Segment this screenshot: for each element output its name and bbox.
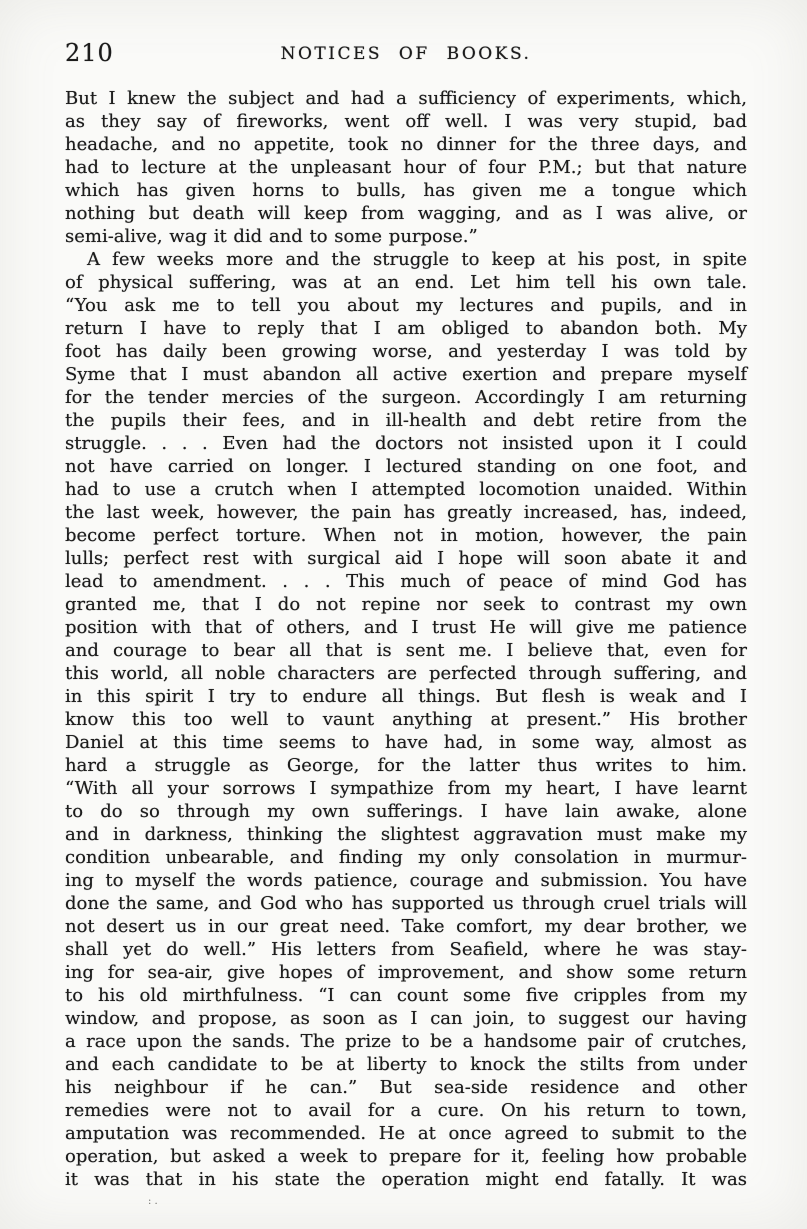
text-line: headache, and no appetite, took no dinne… [65, 133, 747, 156]
body-text: But I knew the subject and had a suffici… [65, 87, 747, 1191]
text-line: position with that of others, and I trus… [65, 616, 747, 639]
text-line: granted me, that I do not repine nor see… [65, 593, 747, 616]
text-line: in this spirit I try to endure all thing… [65, 685, 747, 708]
text-line: know this too well to vaunt anything at … [65, 708, 747, 731]
text-line: of physical suffering, was at an end. Le… [65, 271, 747, 294]
text-line: ing to myself the words patience, courag… [65, 869, 747, 892]
text-line: “You ask me to tell you about my lecture… [65, 294, 747, 317]
text-line: for the tender mercies of the surgeon. A… [65, 386, 747, 409]
text-line: done the same, and God who has supported… [65, 892, 747, 915]
text-line: his neighbour if he can.” But sea-side r… [65, 1076, 747, 1099]
text-line: Daniel at this time seems to have had, i… [65, 731, 747, 754]
text-line: struggle. . . . Even had the doctors not… [65, 432, 747, 455]
text-line: had to use a crutch when I attempted loc… [65, 478, 747, 501]
page-header: 210 NOTICES OF BOOKS. [65, 40, 747, 70]
text-line: as they say of fireworks, went off well.… [65, 110, 747, 133]
text-line: semi-alive, wag it did and to some purpo… [65, 225, 747, 248]
text-line: the pupils their fees, and in ill-health… [65, 409, 747, 432]
text-line: condition unbearable, and finding my onl… [65, 846, 747, 869]
text-line: not desert us in our great need. Take co… [65, 915, 747, 938]
text-line: and each candidate to be at liberty to k… [65, 1053, 747, 1076]
running-header-title: NOTICES OF BOOKS. [65, 43, 747, 65]
text-line: lulls; perfect rest with surgical aid I … [65, 547, 747, 570]
text-line: had to lecture at the unpleasant hour of… [65, 156, 747, 179]
text-line: “With all your sorrows I sympathize from… [65, 777, 747, 800]
text-line: a race upon the sands. The prize to be a… [65, 1030, 747, 1053]
text-line: which has given horns to bulls, has give… [65, 179, 747, 202]
book-page: 210 NOTICES OF BOOKS. But I knew the sub… [0, 0, 807, 1229]
text-line: it was that in his state the operation m… [65, 1168, 747, 1191]
text-line: return I have to reply that I am obliged… [65, 317, 747, 340]
text-line: amputation was recommended. He at once a… [65, 1122, 747, 1145]
text-line: foot has daily been growing worse, and y… [65, 340, 747, 363]
text-line: A few weeks more and the struggle to kee… [65, 248, 747, 271]
text-line: ing for sea-air, give hopes of improveme… [65, 961, 747, 984]
scan-speck: : . [148, 1196, 158, 1207]
text-line: window, and propose, as soon as I can jo… [65, 1007, 747, 1030]
text-line: become perfect torture. When not in moti… [65, 524, 747, 547]
text-line: to his old mirthfulness. “I can count so… [65, 984, 747, 1007]
text-line: to do so through my own sufferings. I ha… [65, 800, 747, 823]
text-line: Syme that I must abandon all active exer… [65, 363, 747, 386]
text-line: lead to amendment. . . . This much of pe… [65, 570, 747, 593]
text-line: shall yet do well.” His letters from Sea… [65, 938, 747, 961]
text-line: nothing but death will keep from wagging… [65, 202, 747, 225]
text-line: and in darkness, thinking the slightest … [65, 823, 747, 846]
text-line: the last week, however, the pain has gre… [65, 501, 747, 524]
text-line: this world, all noble characters are per… [65, 662, 747, 685]
text-line: But I knew the subject and had a suffici… [65, 87, 747, 110]
text-line: remedies were not to avail for a cure. O… [65, 1099, 747, 1122]
text-line: not have carried on longer. I lectured s… [65, 455, 747, 478]
text-line: operation, but asked a week to prepare f… [65, 1145, 747, 1168]
text-line: and courage to bear all that is sent me.… [65, 639, 747, 662]
text-line: hard a struggle as George, for the latte… [65, 754, 747, 777]
